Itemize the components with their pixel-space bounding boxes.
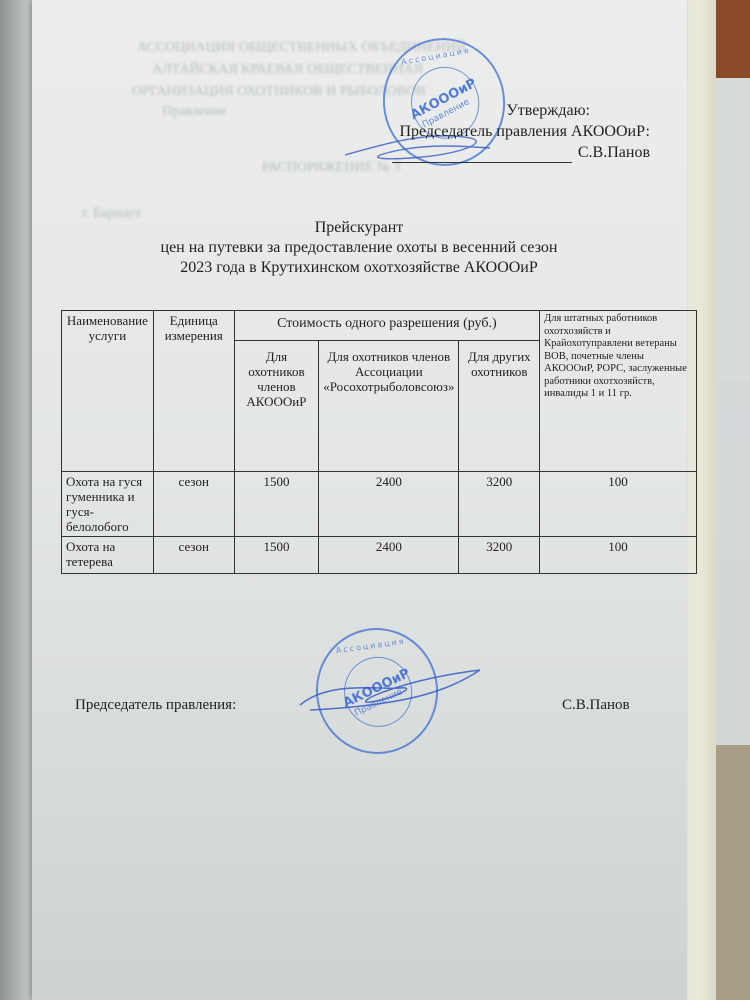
cell-akoooir-members: 1500 bbox=[234, 472, 319, 537]
cell-akoooir-members: 1500 bbox=[234, 537, 319, 574]
footer-position: Председатель правления: bbox=[75, 697, 236, 714]
approver-position: Председатель правления АКОООиР: bbox=[392, 121, 650, 142]
header-cost-group: Стоимость одного разрешения (руб.) bbox=[234, 311, 539, 341]
title-line-2: цен на путевки за предоставление охоты в… bbox=[0, 238, 718, 258]
background-right bbox=[714, 78, 750, 380]
title-line-1: Прейскурант bbox=[0, 218, 718, 238]
signature-line bbox=[392, 146, 572, 163]
title-line-3: 2023 года в Крутихинском охотхозяйстве А… bbox=[0, 258, 718, 278]
header-other-hunters: Для других охотников bbox=[459, 341, 540, 472]
cell-other-hunters: 3200 bbox=[459, 537, 540, 574]
price-table: Наименование услуги Единица измерения Ст… bbox=[61, 310, 697, 574]
approver-signature-row: С.В.Панов bbox=[392, 142, 650, 163]
ghost-text: Правление bbox=[162, 104, 226, 120]
header-akoooir-members: Для охотников членов АКОООиР bbox=[234, 341, 319, 472]
cell-staff-privileged: 100 bbox=[540, 472, 697, 537]
approver-name: С.В.Панов bbox=[578, 144, 650, 161]
background-wood bbox=[714, 0, 750, 78]
ghost-text: ОРГАНИЗАЦИЯ ОХОТНИКОВ И РЫБОЛОВОВ bbox=[132, 84, 426, 100]
document-title: Прейскурант цен на путевки за предоставл… bbox=[0, 218, 718, 278]
cell-service: Охота на тетерева bbox=[62, 537, 154, 574]
cell-association-members: 2400 bbox=[319, 537, 459, 574]
cell-unit: сезон bbox=[153, 537, 234, 574]
table-row: Охота на тетерева сезон 1500 2400 3200 1… bbox=[62, 537, 697, 574]
header-service: Наименование услуги bbox=[62, 311, 154, 472]
cell-association-members: 2400 bbox=[319, 472, 459, 537]
table-header-row: Наименование услуги Единица измерения Ст… bbox=[62, 311, 697, 341]
header-staff-privileged: Для штатных работников охотхозяйств и Кр… bbox=[540, 311, 697, 472]
table-row: Охота на гуся гуменника и гуся-белолобог… bbox=[62, 472, 697, 537]
cell-service: Охота на гуся гуменника и гуся-белолобог… bbox=[62, 472, 154, 537]
footer-signatory: С.В.Панов bbox=[562, 697, 630, 714]
approve-label: Утверждаю: bbox=[332, 100, 590, 121]
background-floor bbox=[714, 745, 750, 1000]
header-association-members: Для охотников членов Ассоциации «Росохот… bbox=[319, 341, 459, 472]
cell-staff-privileged: 100 bbox=[540, 537, 697, 574]
board-signature bbox=[290, 660, 490, 720]
cell-other-hunters: 3200 bbox=[459, 472, 540, 537]
cell-unit: сезон bbox=[153, 472, 234, 537]
approval-block: Утверждаю: Председатель правления АКОООи… bbox=[392, 100, 650, 163]
header-unit: Единица измерения bbox=[153, 311, 234, 472]
